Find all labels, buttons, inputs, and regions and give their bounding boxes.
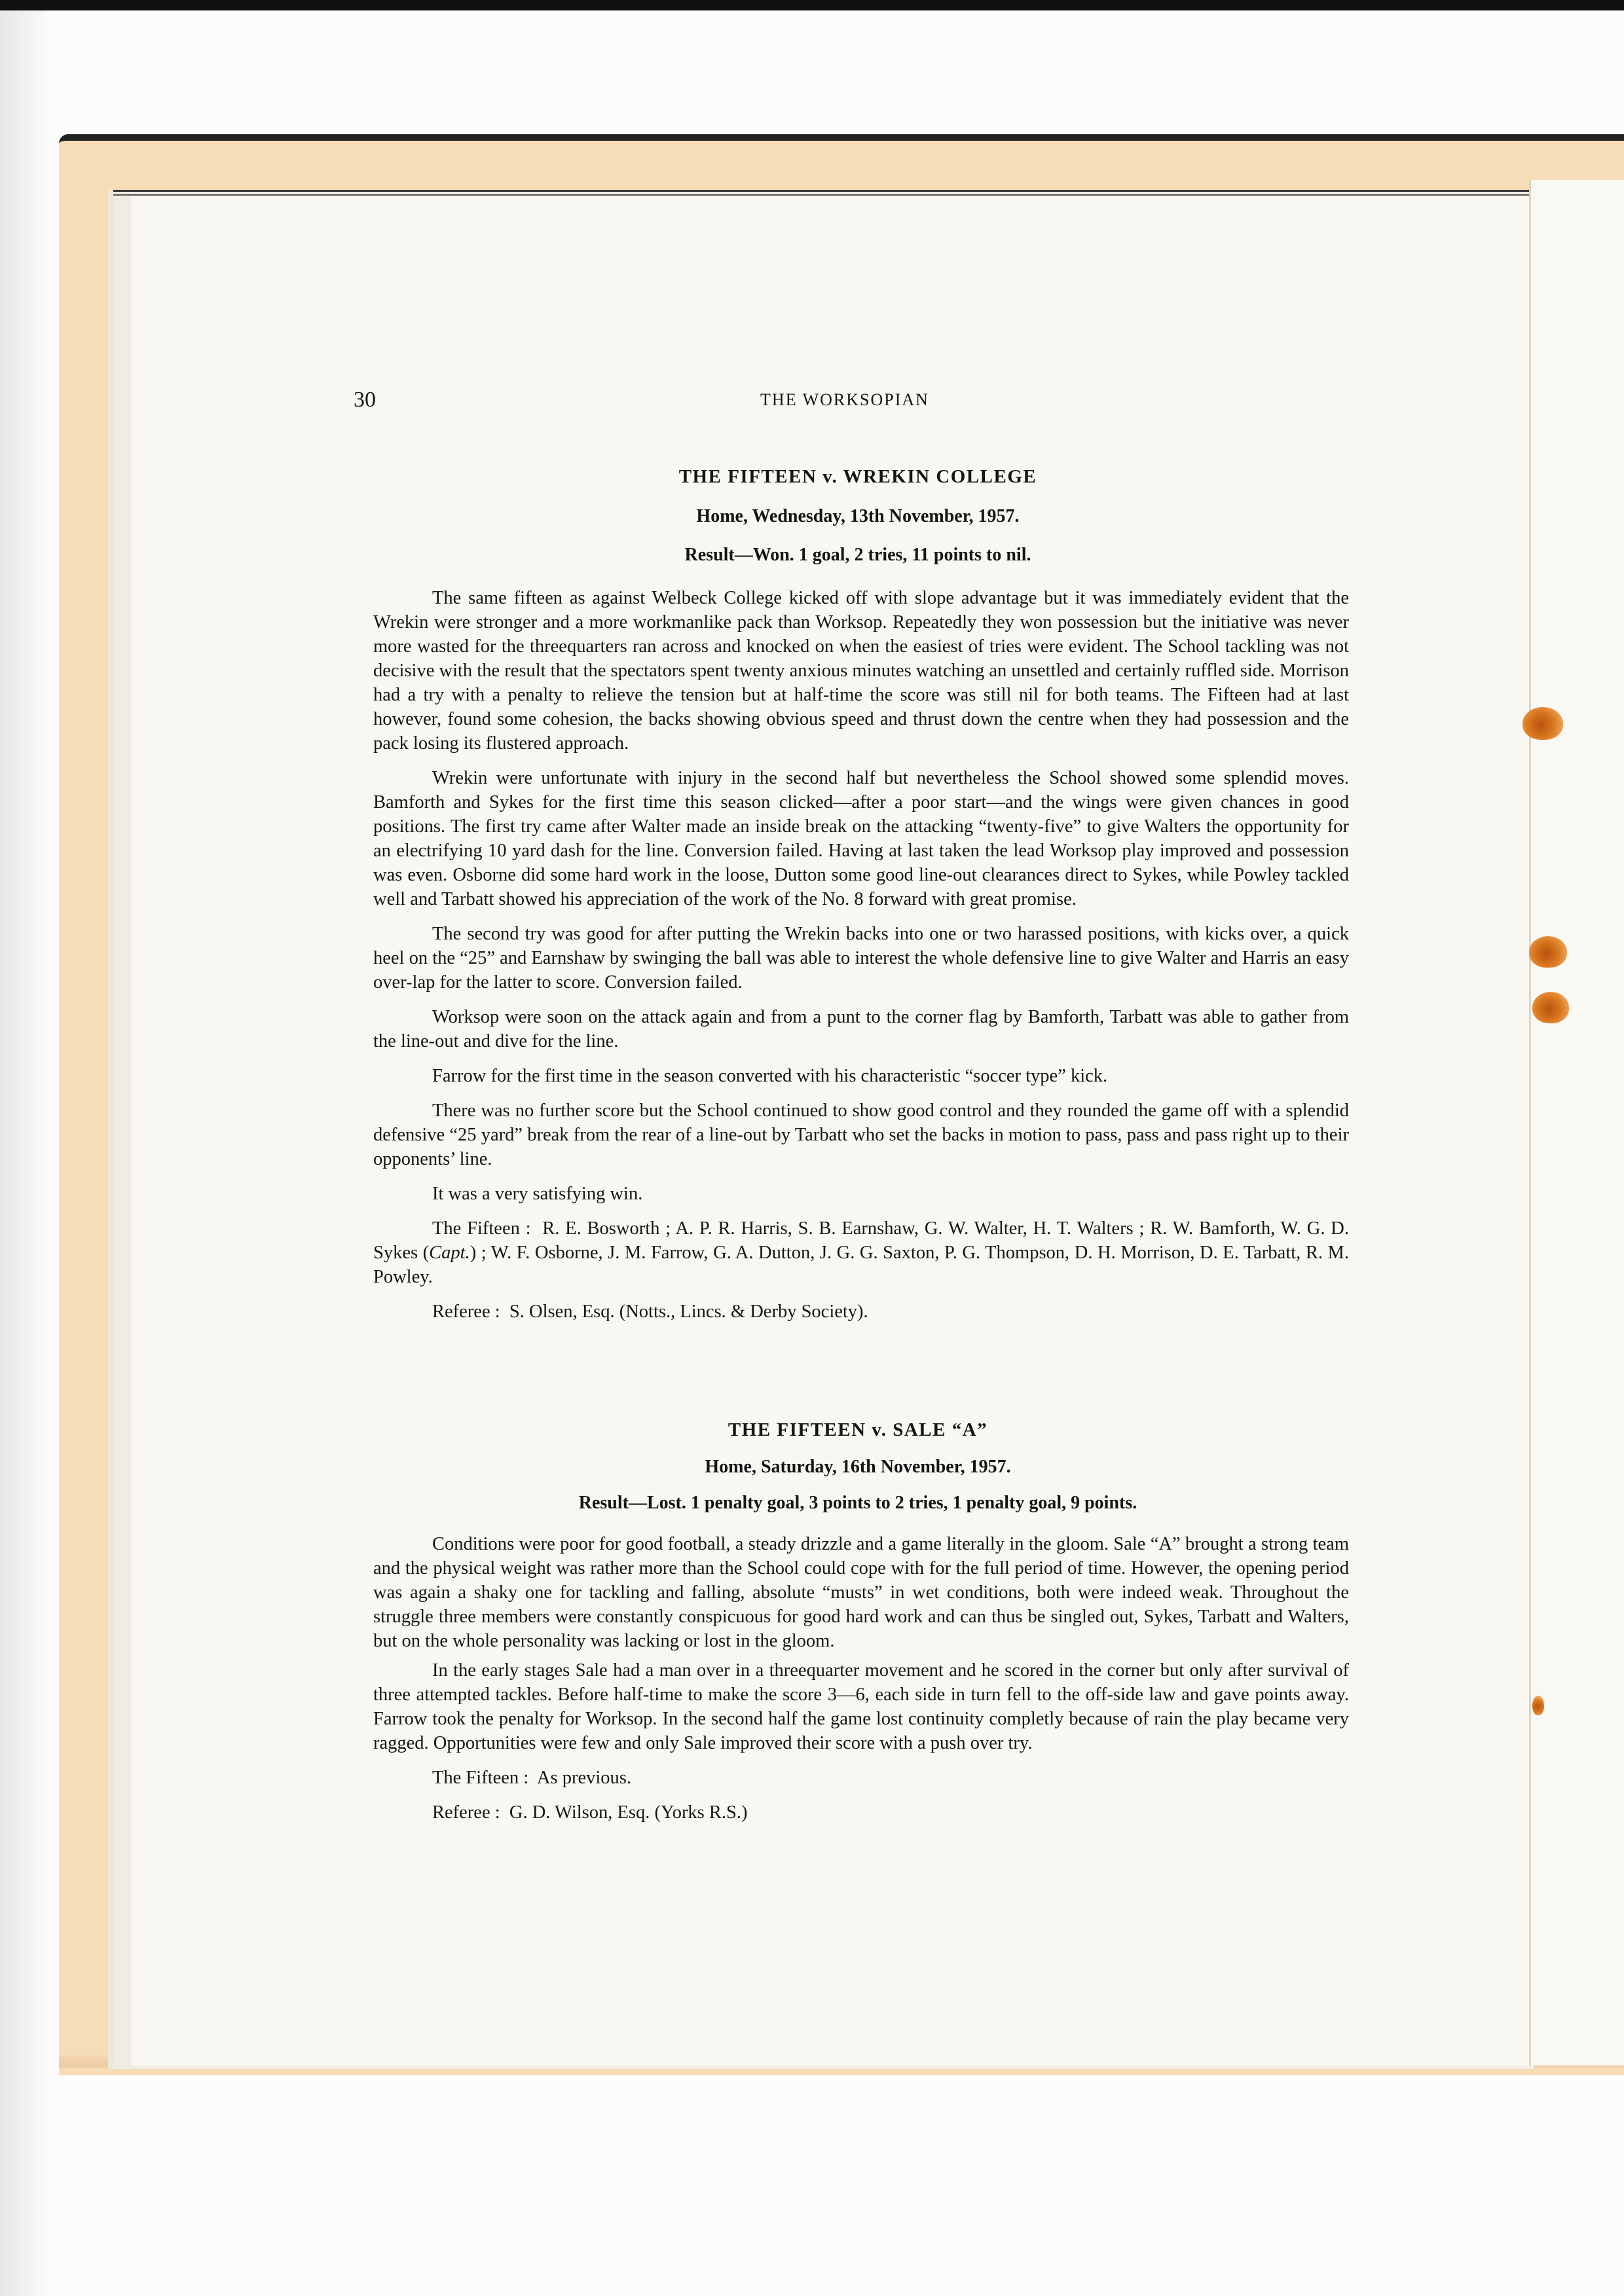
report-paragraph: It was a very satisfying win. [373, 1182, 1349, 1206]
captain-note: Capt. [429, 1243, 470, 1263]
match-result: Result—Won. 1 goal, 2 tries, 11 points t… [354, 545, 1362, 566]
referee-line: Referee : S. Olsen, Esq. (Notts., Lincs.… [373, 1300, 1349, 1324]
match-result: Result—Lost. 1 penalty goal, 3 points to… [354, 1493, 1362, 1514]
match-report: The same fifteen as against Welbeck Coll… [373, 586, 1349, 1334]
team-label: The Fifteen : [432, 1768, 528, 1788]
team-players: As previous. [537, 1768, 631, 1788]
report-paragraph: In the early stages Sale had a man over … [373, 1658, 1349, 1755]
match-date: Home, Wednesday, 13th November, 1957. [354, 506, 1362, 527]
match-report: Conditions were poor for good football, … [373, 1532, 1349, 1835]
team-players-part2: ) ; W. F. Osborne, J. M. Farrow, G. A. D… [373, 1243, 1349, 1287]
referee-name: G. D. Wilson, Esq. (Yorks R.S.) [509, 1802, 748, 1823]
report-paragraph: Conditions were poor for good football, … [373, 1532, 1349, 1653]
report-paragraph: Wrekin were unfortunate with injury in t… [373, 766, 1349, 911]
report-paragraph: Farrow for the first time in the season … [373, 1064, 1349, 1088]
referee-name: S. Olsen, Esq. (Notts., Lincs. & Derby S… [509, 1302, 868, 1322]
referee-label: Referee : [432, 1802, 500, 1823]
report-paragraph: Worksop were soon on the attack again an… [373, 1005, 1349, 1053]
report-paragraph: There was no further score but the Schoo… [373, 1099, 1349, 1171]
report-paragraph: The same fifteen as against Welbeck Coll… [373, 586, 1349, 756]
report-paragraph: The second try was good for after puttin… [373, 922, 1349, 994]
page-content: 30 THE WORKSOPIAN THE FIFTEEN v. WREKIN … [0, 0, 1624, 2296]
team-label: The Fifteen : [432, 1218, 531, 1239]
team-list: The Fifteen : As previous. [373, 1766, 1349, 1790]
match-date: Home, Saturday, 16th November, 1957. [354, 1457, 1362, 1478]
referee-line: Referee : G. D. Wilson, Esq. (Yorks R.S.… [373, 1800, 1349, 1825]
running-head: THE WORKSOPIAN [0, 390, 1624, 410]
match-title: THE FIFTEEN v. WREKIN COLLEGE [354, 466, 1362, 488]
match-title: THE FIFTEEN v. SALE “A” [354, 1419, 1362, 1441]
referee-label: Referee : [432, 1302, 500, 1322]
team-list: The Fifteen : R. E. Bosworth ; A. P. R. … [373, 1216, 1349, 1289]
